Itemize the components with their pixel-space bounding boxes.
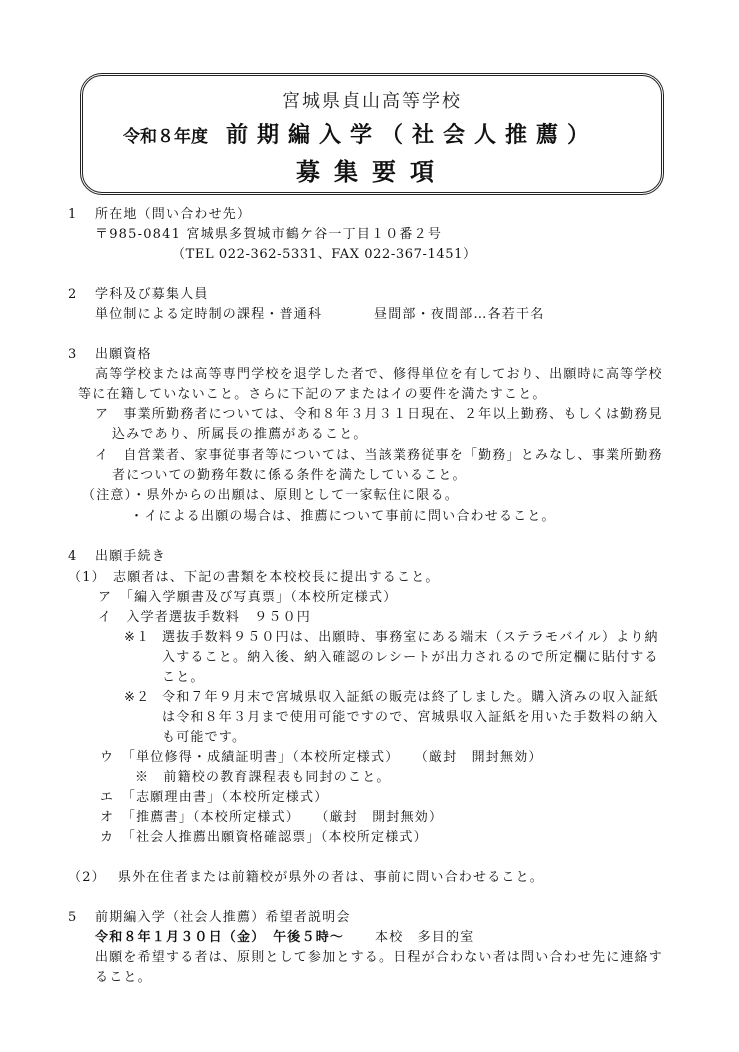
item-1-label: （1）: [68, 568, 106, 588]
section-1-number: 1: [68, 205, 77, 225]
document-subtitle: 募集要項: [83, 152, 661, 187]
section-4-number: 4: [68, 547, 77, 567]
document-e: エ 「志願理由書」（本校所定様式）: [100, 788, 328, 808]
note: （注意）・県外からの出願は、原則として一家転住に限る。: [82, 486, 459, 506]
section-5-number: 5: [68, 908, 77, 928]
note-2-text: 令和７年９月末で宮城県収入証紙の販売は終了しました。購入済みの収入証紙: [162, 688, 659, 708]
note-2-label: ※２: [124, 688, 150, 708]
title-line: 令和８年度前期編入学（社会人推薦）: [123, 118, 598, 149]
section-1-heading: 所在地（問い合わせ先）: [95, 205, 251, 225]
section-3-heading: 出願資格: [95, 345, 152, 365]
eligibility-text: 高等学校または高等専門学校を退学した者で、修得単位を有しており、出願時に高等学校: [95, 365, 663, 385]
note-1-text: こと。: [162, 668, 205, 688]
title-box: 宮城県貞山高等学校 令和８年度前期編入学（社会人推薦） 募集要項: [80, 73, 664, 195]
section-2-heading: 学科及び募集人員: [95, 285, 209, 305]
course-info: 単位制による定時制の課程・普通科: [95, 305, 322, 325]
document-i: イ 入学者選抜手数料 ９５０円: [98, 608, 311, 628]
document-u-note: ※ 前籍校の教育課程表も同封のこと。: [135, 768, 391, 788]
eligibility-text: 等に在籍していないこと。さらに下記のアまたはイの要件を満たすこと。: [78, 385, 547, 405]
document-u: ウ 「単位修得・成績証明書」（本校所定様式） （厳封 開封無効）: [100, 748, 543, 768]
item-2-text: 県外在住者または前籍校が県外の者は、事前に問い合わせること。: [118, 868, 544, 888]
note-1-text: 選抜手数料９５０円は、出願時、事務室にある端末（ステラモバイル）より納: [162, 628, 659, 648]
requirement-i: 者についての勤務年数に係る条件を満たしていること。: [112, 466, 467, 486]
fiscal-year: 令和８年度: [123, 127, 208, 147]
document-a: ア 「編入学願書及び写真票」（本校所定様式）: [98, 588, 397, 608]
session-text: 出願を希望する者は、原則として参加とする。日程が合わない者は問い合わせ先に連絡す: [95, 948, 663, 968]
session-date: 令和８年１月３０日（金） 午後５時～: [95, 928, 344, 948]
capacity-info: 昼間部・夜間部…各若干名: [374, 305, 544, 325]
note: ・イによる出願の場合は、推薦について事前に問い合わせること。: [130, 507, 556, 527]
item-1-text: 志願者は、下記の書類を本校校長に提出すること。: [113, 568, 440, 588]
section-2-number: 2: [68, 285, 77, 305]
address: 〒985-0841 宮城県多賀城市鶴ケ谷一丁目１０番２号: [95, 225, 442, 245]
session-text: ること。: [95, 968, 152, 988]
session-place: 本校 多目的室: [375, 928, 474, 948]
note-2-text: は令和８年３月まで使用可能ですので、宮城県収入証紙を用いた手数料の納入: [162, 708, 659, 728]
document-ka: カ 「社会人推薦出願資格確認票」（本校所定様式）: [100, 828, 428, 848]
school-name: 宮城県貞山高等学校: [83, 87, 661, 113]
requirement-a: 込みであり、所属長の推薦があること。: [112, 425, 368, 445]
document-title: 前期編入学（社会人推薦）: [226, 123, 598, 148]
note-1-label: ※１: [124, 628, 150, 648]
document-o: オ 「推薦書」（本校所定様式） （厳封 開封無効）: [100, 808, 443, 828]
section-5-heading: 前期編入学（社会人推薦）希望者説明会: [95, 908, 351, 928]
requirement-a: ア 事業所勤務者については、令和８年３月３１日現在、２年以上勤務、もしくは勤務見: [95, 405, 663, 425]
note-2-text: も可能です。: [162, 728, 246, 748]
contact-info: （TEL 022-362-5331、FAX 022-367-1451）: [172, 245, 477, 265]
note-1-text: 入すること。納入後、納入確認のレシートが出力されるので所定欄に貼付する: [162, 648, 659, 668]
item-2-label: （2）: [68, 868, 106, 888]
section-3-number: 3: [68, 345, 77, 365]
section-4-heading: 出願手続き: [95, 547, 166, 567]
requirement-i: イ 自営業者、家事従事者等については、当該業務従事を「勤務」とみなし、事業所勤務: [95, 446, 663, 466]
